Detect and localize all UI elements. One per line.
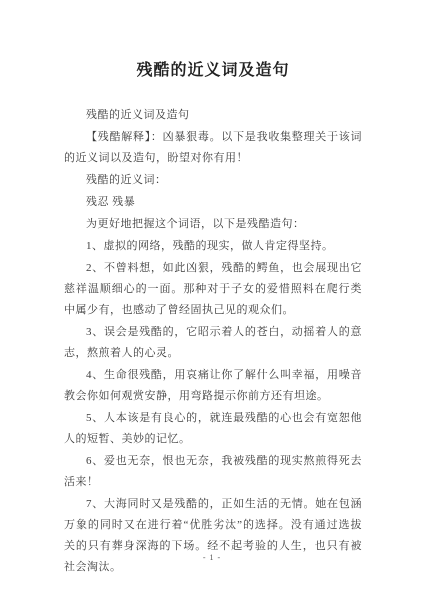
document-body: 残酷的近义词及造句 【残酷解释】：凶暴狠毒。以下是我收集整理关于该词的近义词以及… xyxy=(64,105,362,578)
paragraph-synonyms-label: 残酷的近义词： xyxy=(64,170,362,191)
paragraph-definition: 【残酷解释】：凶暴狠毒。以下是我收集整理关于该词的近义词以及造句，盼望对你有用！ xyxy=(64,127,362,169)
sentence-item-6: 6、爱也无奈，恨也无奈，我被残酷的现实熬煎得死去活来！ xyxy=(64,451,362,493)
paragraph-intro: 为更好地把握这个词语，以下是残酷造句： xyxy=(64,214,362,235)
paragraph-heading-repeat: 残酷的近义词及造句 xyxy=(64,105,362,126)
document-page: { "page": { "title": "残酷的近义词及造句", "page_… xyxy=(0,0,424,600)
sentence-item-5: 5、人本该是有良心的，就连最残酷的心也会有宽恕他人的短暂、美妙的记忆。 xyxy=(64,408,362,450)
paragraph-synonyms: 残忍 残暴 xyxy=(64,192,362,213)
sentence-item-7: 7、大海同时又是残酷的，正如生活的无情。她在包涵万象的同时又在进行着“优胜劣汰”… xyxy=(64,494,362,578)
page-title: 残酷的近义词及造句 xyxy=(64,57,362,80)
sentence-item-4: 4、生命很残酷，用哀痛让你了解什么叫幸福，用噪音教会你如何观赏安静，用弯路提示你… xyxy=(64,365,362,407)
sentence-item-1: 1、虚拟的网络，残酷的现实，做人肯定得坚持。 xyxy=(64,236,362,257)
sentence-item-3: 3、误会是残酷的，它昭示着人的苍白，动摇着人的意志，熬煎着人的心灵。 xyxy=(64,322,362,364)
page-canvas: 残酷的近义词及造句 残酷的近义词及造句 【残酷解释】：凶暴狠毒。以下是我收集整理… xyxy=(0,0,424,600)
page-number: - 1 - xyxy=(0,553,424,562)
sentence-item-2: 2、不曾料想，如此凶狠，残酷的鳄鱼，也会展现出它慈祥温顺细心的一面。那种对于子女… xyxy=(64,258,362,321)
